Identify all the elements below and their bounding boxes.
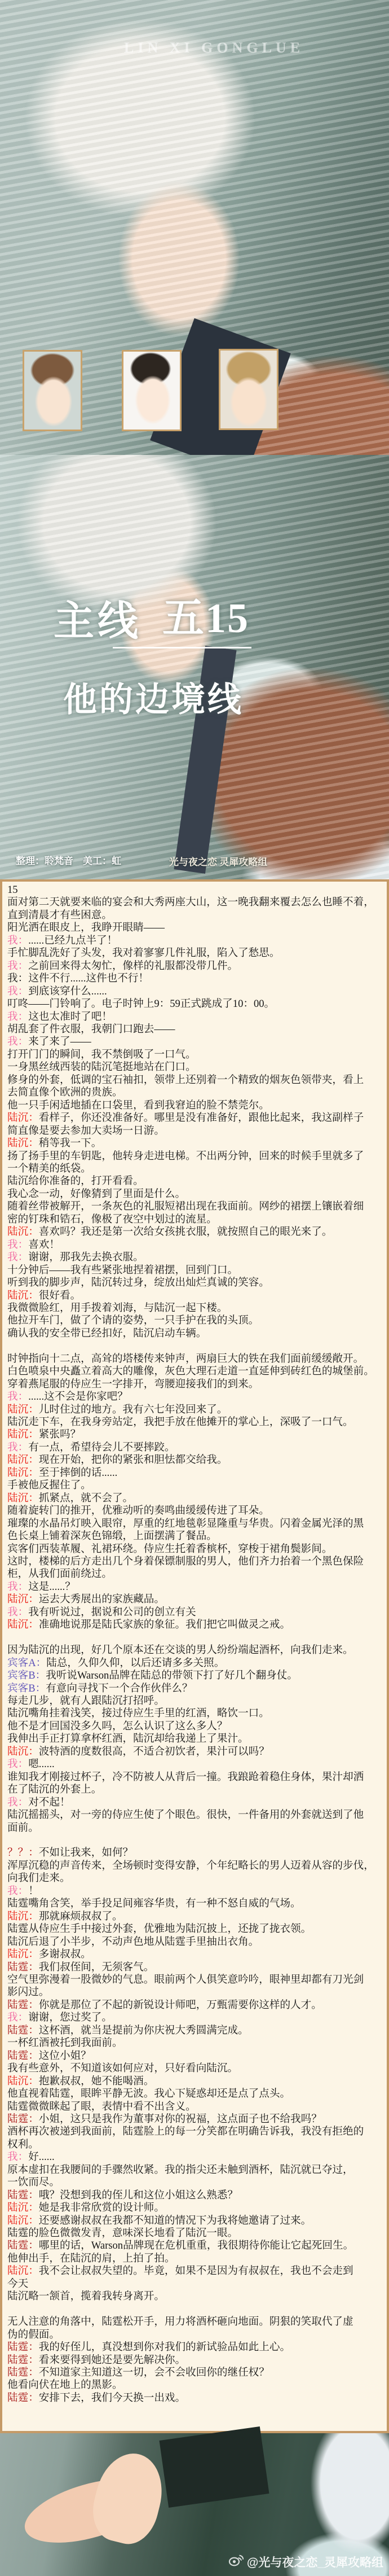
dark-garment-shape bbox=[160, 2426, 269, 2508]
speaker-name: 陆霆： bbox=[7, 2240, 39, 2251]
speaker-name: 陆沉： bbox=[7, 1746, 39, 1758]
speaker-name: 陆沉： bbox=[7, 2265, 39, 2277]
narration-line: 扬了扬手里的车钥匙，他转身走进电梯。不出两分钟，回来的时候手里就多了 bbox=[7, 1150, 383, 1163]
narration-line: 陆霆的脸色微微发青，意味深长地看了陆沉一眼。 bbox=[7, 2227, 383, 2240]
speaker-name: 我： bbox=[7, 1442, 28, 1453]
speaker-name: 陆沉： bbox=[7, 1492, 39, 1504]
narration-line: 去简直像个欧洲的贵族。 bbox=[7, 1087, 383, 1099]
dialogue-line: 陆霆：这杯酒，就当是提前为你庆祝大秀圆满完成。 bbox=[7, 2025, 383, 2037]
speaker-name: 陆霆： bbox=[7, 2392, 39, 2404]
dialogue-line: 我：谢谢，那我先去换衣服。 bbox=[7, 1251, 383, 1264]
dialogue-line: 陆霆：我的好侄儿，真没想到你对我们的新试验品如此上心。 bbox=[7, 2341, 383, 2354]
dialogue-line: 我：之前回来得太匆忙，像样的礼服都没带几件。 bbox=[7, 960, 383, 972]
weibo-eye-icon bbox=[228, 2554, 244, 2570]
narration-line: 叮咚——门铃响了。电子时钟上9：59正式跳成了10：00。 bbox=[7, 998, 383, 1010]
narration-line: 璀璨的水晶吊灯映入眼帘，厚重的红地毯彰显隆重与华贵。闪着金属光泽的黑 bbox=[7, 1518, 383, 1530]
dialogue-line: 我：有一点，希望待会儿不要摔跤。 bbox=[7, 1442, 383, 1454]
narration-line: 简直像是要去参加大卖场一日游。 bbox=[7, 1125, 383, 1137]
dialogue-line: 陆霆：我们叔侄间，无须客气。 bbox=[7, 1961, 383, 1974]
dialogue-line: 陆沉：紧张吗？ bbox=[7, 1429, 383, 1441]
speaker-name: 陆沉： bbox=[7, 2075, 39, 2087]
narration-line: 15 bbox=[7, 884, 383, 896]
speaker-name: 我： bbox=[7, 1758, 28, 1770]
narration-line: 在了陆沉的外套上。 bbox=[7, 1784, 383, 1796]
dialogue-line: 陆沉：抓紧点，就不会了。 bbox=[7, 1492, 383, 1505]
portrait-thumbnail-black-hair-boy bbox=[122, 350, 182, 431]
speaker-name: 陆霆： bbox=[7, 1999, 39, 2011]
speaker-name: 陆霆： bbox=[7, 2189, 39, 2201]
speaker-name: 陆沉： bbox=[7, 1593, 39, 1605]
narration-line: 谁知我才刚接过杯子，冷不防被人从背后一撞。我踉跄着稳住身体，果汁却洒 bbox=[7, 1771, 383, 1784]
speaker-name: 宾客B： bbox=[7, 1670, 46, 1681]
narration-line: 我微微脸红，用手拨着刘海，与陆沉一起下楼。 bbox=[7, 1302, 383, 1315]
narration-line: 空气里弥漫着一股微妙的气息。眼前两个人俱笑意吟吟，眼神里却都有刀光剑 bbox=[7, 1974, 383, 1986]
narration-line: 胡乱套了件衣服，我朝门口跑去—— bbox=[7, 1023, 383, 1036]
dialogue-line: 陆沉：准确地说那是陆氏家族的象征。我们把它叫做灵之戒。 bbox=[7, 1619, 383, 1631]
speaker-name: 我： bbox=[7, 1391, 28, 1403]
narration-line: 随着丝带被解开，一条灰色的礼服短裙出现在我面前。网纱的裙摆上镶嵌着细 bbox=[7, 1201, 383, 1213]
narration-line: 柜，从我们面前绕过。 bbox=[7, 1568, 383, 1580]
dialogue-line: 陆沉：运去大秀展出的家族藏品。 bbox=[7, 1593, 383, 1606]
speaker-name: 陆霆： bbox=[7, 2354, 39, 2366]
narration-line: 陆霆微微眯起了眼，表情中看不出含义。 bbox=[7, 2101, 383, 2113]
dialogue-line: 陆沉：儿时住过的地方。我有六七年没回来了。 bbox=[7, 1404, 383, 1416]
speaker-name: 陆霆： bbox=[7, 1961, 39, 1973]
narration-line: 我：这件不行......这件也不行！ bbox=[7, 972, 383, 985]
weibo-watermark-text: @光与夜之恋_灵犀攻略组 bbox=[247, 2553, 383, 2570]
dialogue-line: 我：这也太准时了吧！ bbox=[7, 1011, 383, 1023]
dialogue-line: 我：......这不会是你家吧？ bbox=[7, 1391, 383, 1403]
credits-group: 光与夜之恋 灵犀攻略组 bbox=[169, 854, 267, 868]
narration-line: 手被他反握住了。 bbox=[7, 1479, 383, 1492]
speaker-name: 陆沉： bbox=[7, 1467, 39, 1479]
narration-line: 时钟指向十二点，高耸的塔楼传来钟声，两扇巨大的铁在我们面前缓缓敞开。 bbox=[7, 1353, 383, 1365]
narration-line: 酒杯再次被递到我面前，陆霆脸上的每一分笑都在明确告诉我，我没有拒绝的 bbox=[7, 2126, 383, 2138]
dialogue-line: 宾客B：我听说Warson品牌在陆总的带领下打了好几个翻身仗。 bbox=[7, 1670, 383, 1682]
speaker-name: 我： bbox=[7, 1885, 28, 1897]
dialogue-line: 陆霆：哪里的话，Warson品牌现在危机重重，我很期待你能让它起死回生。 bbox=[7, 2240, 383, 2252]
narration-line: 修身的外套，低调的宝石袖扣，领带上还别着一个精致的烟灰色领带夹，看上 bbox=[7, 1074, 383, 1087]
hero-illustration-title bbox=[0, 455, 389, 879]
narration-line: 打开门门的瞬间，我不禁倒吸了一口气。 bbox=[7, 1049, 383, 1061]
speaker-name: ？？： bbox=[7, 1847, 39, 1859]
dialogue-line: 陆沉：很好看。 bbox=[7, 1290, 383, 1302]
narration-line: 手忙脚乱洗好了头发，我对着寥寥几件礼服，陷入了愁思。 bbox=[7, 947, 383, 960]
narration-line: 今天 bbox=[7, 2278, 383, 2290]
speaker-name: 陆沉： bbox=[7, 1911, 39, 1922]
narration-line: 面前。 bbox=[7, 1822, 383, 1834]
speaker-name: 陆沉： bbox=[7, 2215, 39, 2227]
narration-line: 我伸出手正打算拿杯红酒，陆沉却给我递上了果汁。 bbox=[7, 1733, 383, 1745]
chapter-subtitle: 他的边境线 bbox=[63, 673, 244, 721]
narration-line: 陆霆从侍应生手中接过外套，优雅地为陆沉披上，还拢了拢衣领。 bbox=[7, 1923, 383, 1935]
narration-line bbox=[7, 1340, 383, 1352]
dialogue-line: 我：嗯...... bbox=[7, 1758, 383, 1771]
narration-line: 他看向伏在地上的黑影。 bbox=[7, 2379, 383, 2391]
chapter-title-main: 主线 bbox=[54, 588, 142, 647]
narration-line: 伪的假面。 bbox=[7, 2329, 383, 2341]
speaker-name: 陆沉： bbox=[7, 1226, 39, 1238]
dialogue-line: 我：来了来了—— bbox=[7, 1036, 383, 1048]
narration-line: 我心念一动，好像猜到了里面是什么。 bbox=[7, 1188, 383, 1201]
speaker-name: 陆沉： bbox=[7, 1137, 39, 1149]
narration-line: 浑厚沉稳的声音传来，全场顿时变得安静，个年纪略长的男人迈着从容的步伐， bbox=[7, 1860, 383, 1872]
speaker-name: 我： bbox=[7, 935, 28, 947]
dialogue-line: 我：谢谢，您过奖了。 bbox=[7, 2012, 383, 2024]
portrait-thumbnail-blonde-man bbox=[219, 349, 279, 430]
dialogue-line: 陆霆：安排下去，我们今天换一出戏。 bbox=[7, 2392, 383, 2404]
speaker-name: 我： bbox=[7, 1011, 28, 1023]
narration-line: 宾客们西装革履、礼裙环绕。侍应生托着香槟杯，穿梭于裙角鬓影间。 bbox=[7, 1543, 383, 1556]
narration-line: 阳光洒在眼皮上，我睁开眼睛—— bbox=[7, 922, 383, 934]
narration-line: 陆沉嘴角挂着浅笑，接过侍应生手里的红酒，略饮一口。 bbox=[7, 1707, 383, 1720]
speaker-name: 陆霆： bbox=[7, 2025, 39, 2036]
speaker-name: 陆沉： bbox=[7, 1948, 39, 1960]
dialogue-line: 我：到底该穿什么...... bbox=[7, 985, 383, 998]
share-card: LIN XI GONGLUE 主线 五15 他的边境线 整理：聆梵音 美工：虹 … bbox=[0, 0, 389, 2576]
speaker-name: 我： bbox=[7, 1606, 28, 1618]
chapter-title-number: 五15 bbox=[162, 585, 249, 645]
artist-watermark: LIN XI GONGLUE bbox=[124, 40, 304, 56]
narration-line: 一个精美的纸袋。 bbox=[7, 1163, 383, 1175]
speaker-name: 我： bbox=[7, 1036, 28, 1048]
narration-line: 色长桌上铺着深灰色锦缎，上面摆满了餐品。 bbox=[7, 1530, 383, 1543]
dialogue-line: 我：我有听说过，据说和公司的创立有关 bbox=[7, 1606, 383, 1619]
speaker-name: 我： bbox=[7, 1239, 28, 1251]
speaker-name: 陆沉： bbox=[7, 1429, 39, 1440]
narration-line: 确认我的安全带已经扣好，陆沉启动车辆。 bbox=[7, 1328, 383, 1340]
narration-line: 向我们走来。 bbox=[7, 1872, 383, 1885]
dialogue-line: 陆沉：抱歉叔叔，她不能喝酒。 bbox=[7, 2075, 383, 2088]
speaker-name: 我： bbox=[7, 1251, 28, 1263]
narration-line bbox=[7, 2303, 383, 2316]
narration-line: 听到我的脚步声，陆沉转过身，绽放出灿烂真诚的笑容。 bbox=[7, 1277, 383, 1289]
narration-line: 一杯红酒被托到我面前。 bbox=[7, 2037, 383, 2049]
dialogue-line: 陆沉：还要感谢叔叔在我都不知道的情况下为我将她邀请了过来。 bbox=[7, 2215, 383, 2227]
dialogue-line: 陆沉：喜欢吗？我还是第一次给女孩挑衣服，就按照自己的眼光来了。 bbox=[7, 1226, 383, 1238]
narration-line: 他伸出手，在陆沉的肩，上拍了拍。 bbox=[7, 2253, 383, 2265]
speaker-name: 宾客A： bbox=[7, 1657, 46, 1669]
dialogue-line: 我：对不起！ bbox=[7, 1797, 383, 1809]
dialogue-line: 我：这是......？ bbox=[7, 1581, 383, 1593]
speaker-name: 陆沉： bbox=[7, 1404, 39, 1416]
speaker-name: 宾客B： bbox=[7, 1683, 46, 1694]
speaker-name: 陆沉： bbox=[7, 1112, 39, 1124]
narration-line: 直到清晨才有些困意。 bbox=[7, 909, 383, 922]
dialogue-line: 陆霆：看来要得到她还是要先解决你。 bbox=[7, 2354, 383, 2367]
narration-line: 因为陆沉的出现，好几个原本还在交谈的男人纷纷端起酒杯，向我们走来。 bbox=[7, 1644, 383, 1657]
narration-line bbox=[7, 1632, 383, 1644]
dialogue-line: 我：喜欢！ bbox=[7, 1239, 383, 1251]
dialogue-line: 陆沉：现在开始，把你的紧张和胆怯都交给我。 bbox=[7, 1454, 383, 1466]
narration-line: 陆霆嘴角含笑，举手投足间雍容华贵，有一种不怒自威的气场。 bbox=[7, 1898, 383, 1910]
dialogue-line: 陆霆：你就是那位了不起的新锐设计师吧，万甄需要你这样的人才。 bbox=[7, 1999, 383, 2012]
speaker-name: 陆沉： bbox=[7, 1619, 39, 1631]
dialogue-line: 陆沉：多谢叔叔。 bbox=[7, 1948, 383, 1961]
dialogue-line: 陆霆：不知道家主知道这一切，会不会收回你的继任权？ bbox=[7, 2367, 383, 2379]
speaker-name: 我： bbox=[7, 1581, 28, 1593]
speaker-name: 我： bbox=[7, 960, 28, 972]
dialogue-line: 陆霆：这位小姐？ bbox=[7, 2050, 383, 2062]
dialogue-line: 我：！ bbox=[7, 1885, 383, 1898]
narration-line: 他拉开车门，做了个请的姿势，一只手护在我的头顶。 bbox=[7, 1315, 383, 1327]
narration-line: 陆沉后退了小半步，不动声色地从陆霆手里抽出衣角。 bbox=[7, 1936, 383, 1948]
dialogue-line: 陆沉：稍等我一下。 bbox=[7, 1137, 383, 1150]
narration-line: 每走几步，就有人跟陆沉打招呼。 bbox=[7, 1695, 383, 1707]
narration-line: 随着旋转门的推开，优雅动听的奏鸣曲缓缓传进了耳朵。 bbox=[7, 1505, 383, 1517]
narration-line: 一饮而尽。 bbox=[7, 2176, 383, 2189]
dialogue-line: 宾客A：陆总，久仰久仰，以后还请多多关照。 bbox=[7, 1657, 383, 1670]
weibo-watermark: @光与夜之恋_灵犀攻略组 bbox=[228, 2553, 383, 2570]
portrait-thumbnail-brown-hair-man bbox=[23, 350, 82, 431]
dialogue-line: 宾客B：有意向寻找下一个合作伙伴么？ bbox=[7, 1683, 383, 1695]
narration-line: 陆沉摇摇头，对一旁的侍应生使了个眼色。很快，一件备用的外套就送到了他 bbox=[7, 1809, 383, 1821]
narration-line: 面对第二天就要来临的宴会和大秀两座大山，这一晚我翻来覆去怎么也睡不着， bbox=[7, 896, 383, 909]
narration-line: 我有些意外，不知道该如何应对，只好看向陆沉。 bbox=[7, 2062, 383, 2075]
speaker-name: 陆霆： bbox=[7, 2113, 39, 2125]
speaker-name: 我： bbox=[7, 1797, 28, 1808]
dialogue-line: 陆沉：她是我非常欣赏的设计师。 bbox=[7, 2202, 383, 2214]
speaker-name: 陆沉： bbox=[7, 1290, 39, 1302]
speaker-name: 陆沉： bbox=[7, 2202, 39, 2214]
dialogue-line: ？？：不如让我来，如何？ bbox=[7, 1847, 383, 1859]
narration-line: 权利。 bbox=[7, 2139, 383, 2151]
speaker-name: 陆霆： bbox=[7, 2050, 39, 2062]
narration-line: 陆沉走下车，在我身旁站定，我把手放在他摊开的掌心上，深吸了一口气。 bbox=[7, 1416, 383, 1429]
dialogue-line: 我：......已经九点半了！ bbox=[7, 935, 383, 947]
speaker-name: 陆沉： bbox=[7, 1454, 39, 1466]
narration-line: 十分钟后——我有些紧张地捏着裙摆，回到门口。 bbox=[7, 1264, 383, 1277]
narration-line: 密的钉珠和锆石，像极了夜空中划过的流星。 bbox=[7, 1213, 383, 1226]
dialogue-line: 陆沉：我不会让叔叔失望的。毕竟，如果不是因为有叔叔在，我也不会走到 bbox=[7, 2265, 383, 2277]
narration-line: 这时，楼梯的后方走出几个身着保镖制服的男人，他们齐力抬着一个黑色保险 bbox=[7, 1556, 383, 1568]
dialogue-line: 陆沉：至于摔倒的话...... bbox=[7, 1467, 383, 1479]
narration-line: 他一只手闲适地插在口袋里，看到我窘迫的脸不禁莞尔。 bbox=[7, 1099, 383, 1112]
dialogue-line: 陆沉：看样子，你还没准备好。哪里是没有准备好，跟他比起来，我这副样子 bbox=[7, 1112, 383, 1124]
narration-line: 原本虚扣在我腰间的手骤然收紧。我的指尖还未触到酒杯，陆沉就已夺过， bbox=[7, 2164, 383, 2176]
speaker-name: 陆霆： bbox=[7, 2341, 39, 2353]
narration-line: 陆沉给你准备的，打开看看。 bbox=[7, 1175, 383, 1188]
credits-editors: 整理：聆梵音 美工：虹 bbox=[16, 853, 121, 867]
dialogue-line: 陆霆：小姐，这只是我作为董事对你的祝福，这点面子也不给我吗？ bbox=[7, 2113, 383, 2126]
footer-illustration: @光与夜之恋_灵犀攻略组 bbox=[0, 2433, 389, 2576]
narration-line: 白色喷泉中央矗立着高大的雕像，灰色大理石走道一直延伸到砖红色的城堡前。 bbox=[7, 1365, 383, 1378]
narration-line: 他不是才回国没多久吗，怎么认识了这么多人？ bbox=[7, 1720, 383, 1733]
narration-line: 无人注意的角落中，陆霆松开手，用力将酒杯砸向地面。阴狠的笑取代了虚 bbox=[7, 2316, 383, 2328]
dialogue-lines: 15面对第二天就要来临的宴会和大秀两座大山，这一晚我翻来覆去怎么也睡不着，直到清… bbox=[7, 884, 383, 2404]
narration-line: 穿着燕尾服的侍应生一字排开，弯腰迎接我们的到来。 bbox=[7, 1378, 383, 1391]
speaker-name: 我： bbox=[7, 985, 28, 997]
narration-line: 他直视着陆霆，眼眸平静无波。我心下疑惑却还是点了点头。 bbox=[7, 2088, 383, 2100]
speaker-name: 我： bbox=[7, 2012, 28, 2023]
title-underline bbox=[113, 647, 251, 649]
dialogue-line: 陆沉：波特酒的度数很高，不适合初饮者，果汁可以吗？ bbox=[7, 1746, 383, 1758]
dialogue-transcript-panel: 15面对第二天就要来临的宴会和大秀两座大山，这一晚我翻来覆去怎么也睡不着，直到清… bbox=[0, 879, 389, 2433]
narration-line: 影闪过。 bbox=[7, 1986, 383, 1999]
narration-line: 一身黑丝绒西装的陆沉笔挺地站在门口。 bbox=[7, 1061, 383, 1074]
dialogue-line: 陆沉：那就麻烦叔叔了。 bbox=[7, 1911, 383, 1923]
speaker-name: 陆霆： bbox=[7, 2367, 39, 2378]
dialogue-line: 我：好...... bbox=[7, 2151, 383, 2163]
dialogue-line: 陆霆：哦？没想到我的侄儿和这位小姐这么熟悉？ bbox=[7, 2189, 383, 2202]
narration-line: 陆沉略一颔首，揽着我转身离开。 bbox=[7, 2290, 383, 2303]
speaker-name: 我： bbox=[7, 2151, 28, 2163]
narration-line bbox=[7, 1834, 383, 1847]
